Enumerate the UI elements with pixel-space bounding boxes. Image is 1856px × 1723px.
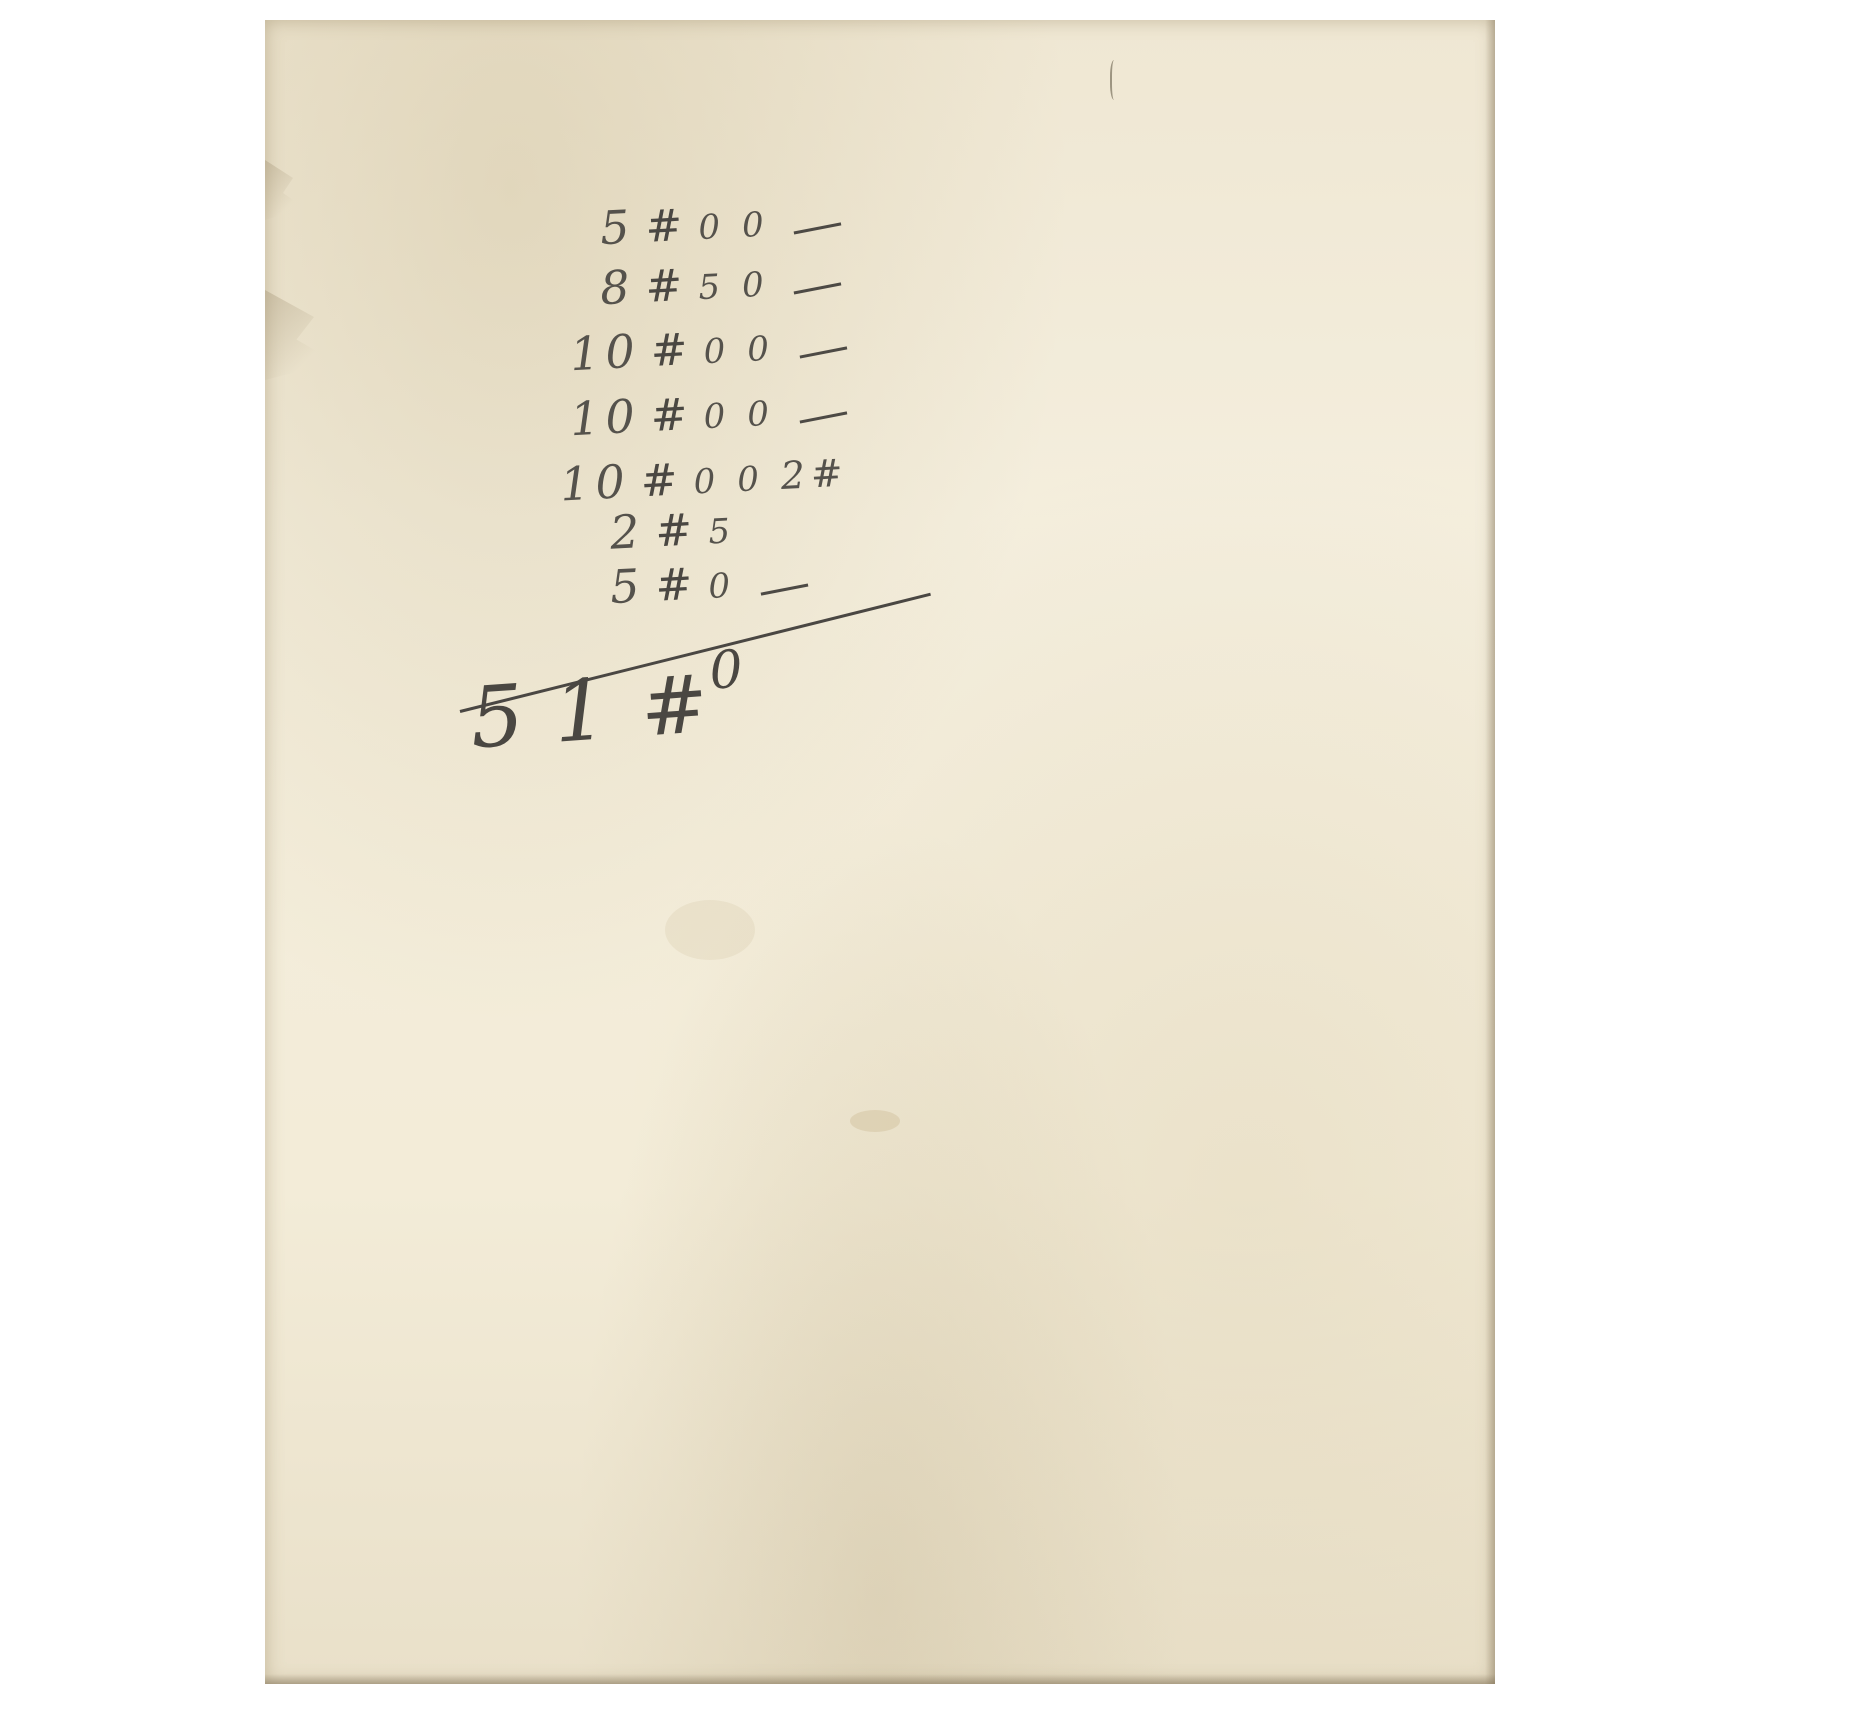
separator-mark: # bbox=[649, 389, 694, 442]
total-whole: 51 bbox=[467, 658, 640, 767]
paper-sheet: 5#00 8#50 10#00 10#00 10#002# 2#5 5#0 51… bbox=[265, 20, 1495, 1684]
dash-mark bbox=[794, 282, 842, 294]
dash-mark bbox=[799, 346, 847, 358]
separator-mark: # bbox=[644, 260, 689, 313]
amount-whole: 5 bbox=[609, 558, 647, 614]
amount-fraction: 00 bbox=[703, 328, 792, 373]
separator-mark: # bbox=[654, 559, 699, 612]
separator-mark: # bbox=[654, 504, 699, 557]
amount-whole: 8 bbox=[599, 260, 637, 316]
handwritten-tally: 5#00 8#50 10#00 10#00 10#002# 2#5 5#0 51… bbox=[265, 20, 1495, 1684]
tally-row: 10#00 bbox=[569, 313, 848, 381]
separator-mark: # bbox=[638, 657, 711, 754]
total-fraction: 0 bbox=[707, 640, 744, 702]
tally-row: 2#5 bbox=[609, 498, 753, 559]
amount-fraction: 00 bbox=[697, 204, 786, 249]
amount-fraction: 0 bbox=[707, 565, 753, 607]
tally-row: 5#00 bbox=[599, 189, 843, 256]
amount-fraction: 5 bbox=[707, 510, 753, 552]
separator-mark: # bbox=[644, 200, 689, 253]
amount-whole: 2 bbox=[609, 504, 647, 560]
tally-row: 10#00 bbox=[569, 378, 848, 446]
separator-mark: # bbox=[639, 454, 684, 507]
tally-row: 5#0 bbox=[609, 550, 809, 614]
trailing-mark: 2# bbox=[780, 450, 850, 498]
amount-fraction: 00 bbox=[703, 393, 792, 438]
amount-whole: 10 bbox=[569, 389, 642, 447]
amount-fraction: 50 bbox=[697, 264, 786, 309]
amount-whole: 10 bbox=[559, 454, 632, 512]
amount-whole: 10 bbox=[569, 324, 642, 382]
dash-mark bbox=[760, 584, 808, 596]
amount-fraction: 00 bbox=[693, 458, 782, 503]
amount-whole: 5 bbox=[599, 200, 637, 256]
dash-mark bbox=[799, 411, 847, 423]
tally-total: 51#0 bbox=[467, 651, 748, 768]
separator-mark: # bbox=[649, 324, 694, 377]
tally-row: 8#50 bbox=[599, 249, 843, 316]
dash-mark bbox=[794, 222, 842, 234]
